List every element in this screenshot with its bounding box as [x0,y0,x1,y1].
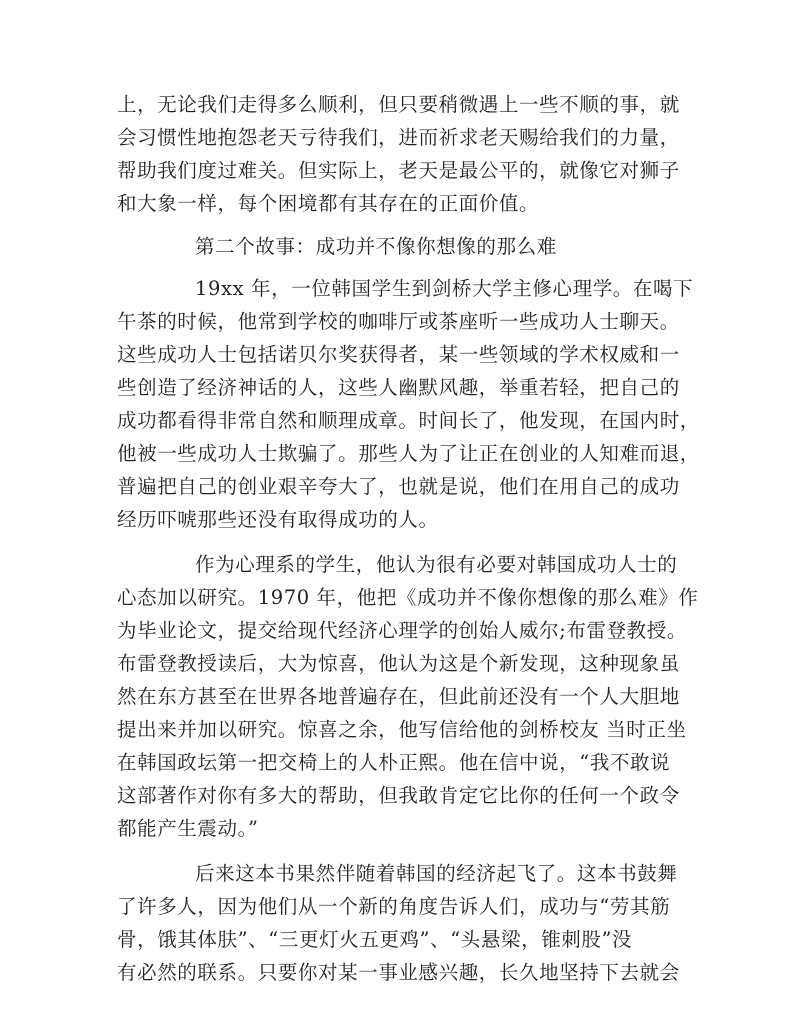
text-line: 会习惯性地抱怨老天亏待我们，进而祈求老天赐给我们的力量， [117,121,685,154]
text-line: 午茶的时候，他常到学校的咖啡厅或茶座听一些成功人士聊天。 [117,305,685,338]
text-line: 作为心理系的学生，他认为很有必要对韩国成功人士的 [117,548,685,581]
text-line: 心态加以研究。1970 年，他把《成功并不像你想像的那么难》作 [117,581,685,614]
text-line: 些创造了经济神话的人，这些人幽默风趣，举重若轻，把自己的 [117,371,685,404]
section-heading: 第二个故事：成功并不像你想像的那么难 [117,230,685,263]
text-line: 都能产生震动。” [117,812,685,845]
text-line: 经历吓唬那些还没有取得成功的人。 [117,503,685,536]
text-line: 在韩国政坛第一把交椅上的人朴正熙。他在信中说，“我不敢说 [117,746,685,779]
text-line: 然在东方甚至在世界各地普遍存在，但此前还没有一个人大胆地 [117,680,685,713]
heading-text: 第二个故事：成功并不像你想像的那么难 [117,230,685,263]
text-line: 布雷登教授读后，大为惊喜，他认为这是个新发现，这种现象虽 [117,647,685,680]
text-line: 他被一些成功人士欺骗了。那些人为了让正在创业的人知难而退， [117,437,685,470]
paragraph-continuation: 上，无论我们走得多么顺利，但只要稍微遇上一些不顺的事，就 会习惯性地抱怨老天亏待… [117,88,685,220]
paragraph-story-intro: 19xx 年，一位韩国学生到剑桥大学主修心理学。在喝下 午茶的时候，他常到学校的… [117,272,685,536]
text-line: 有必然的联系。只要你对某一事业感兴趣，长久地坚持下去就会 [117,956,685,989]
text-line: 这些成功人士包括诺贝尔奖获得者，某一些领域的学术权威和一 [117,338,685,371]
text-line: 提出来并加以研究。惊喜之余，他写信给他的剑桥校友 当时正坐 [117,713,685,746]
text-line: 为毕业论文，提交给现代经济心理学的创始人威尔;布雷登教授。 [117,614,685,647]
text-line: 普遍把自己的创业艰辛夸大了，也就是说，他们在用自己的成功 [117,470,685,503]
text-line: 骨，饿其体肤”、“三更灯火五更鸡”、“头悬梁，锥刺股”没 [117,923,685,956]
text-line: 帮助我们度过难关。但实际上，老天是最公平的，就像它对狮子 [117,154,685,187]
text-line: 这部著作对你有多大的帮助，但我敢肯定它比你的任何一个政令 [117,779,685,812]
text-line: 和大象一样，每个困境都有其存在的正面价值。 [117,187,685,220]
text-line: 成功都看得非常自然和顺理成章。时间长了，他发现，在国内时， [117,404,685,437]
text-line: 了许多人，因为他们从一个新的角度告诉人们，成功与“劳其筋 [117,890,685,923]
document-page: 上，无论我们走得多么顺利，但只要稍微遇上一些不顺的事，就 会习惯性地抱怨老天亏待… [117,88,685,989]
paragraph-outcome: 后来这本书果然伴随着韩国的经济起飞了。这本书鼓舞 了许多人，因为他们从一个新的角… [117,857,685,989]
paragraph-research: 作为心理系的学生，他认为很有必要对韩国成功人士的 心态加以研究。1970 年，他… [117,548,685,845]
text-line: 上，无论我们走得多么顺利，但只要稍微遇上一些不顺的事，就 [117,88,685,121]
text-line: 后来这本书果然伴随着韩国的经济起飞了。这本书鼓舞 [117,857,685,890]
text-line: 19xx 年，一位韩国学生到剑桥大学主修心理学。在喝下 [117,272,685,305]
